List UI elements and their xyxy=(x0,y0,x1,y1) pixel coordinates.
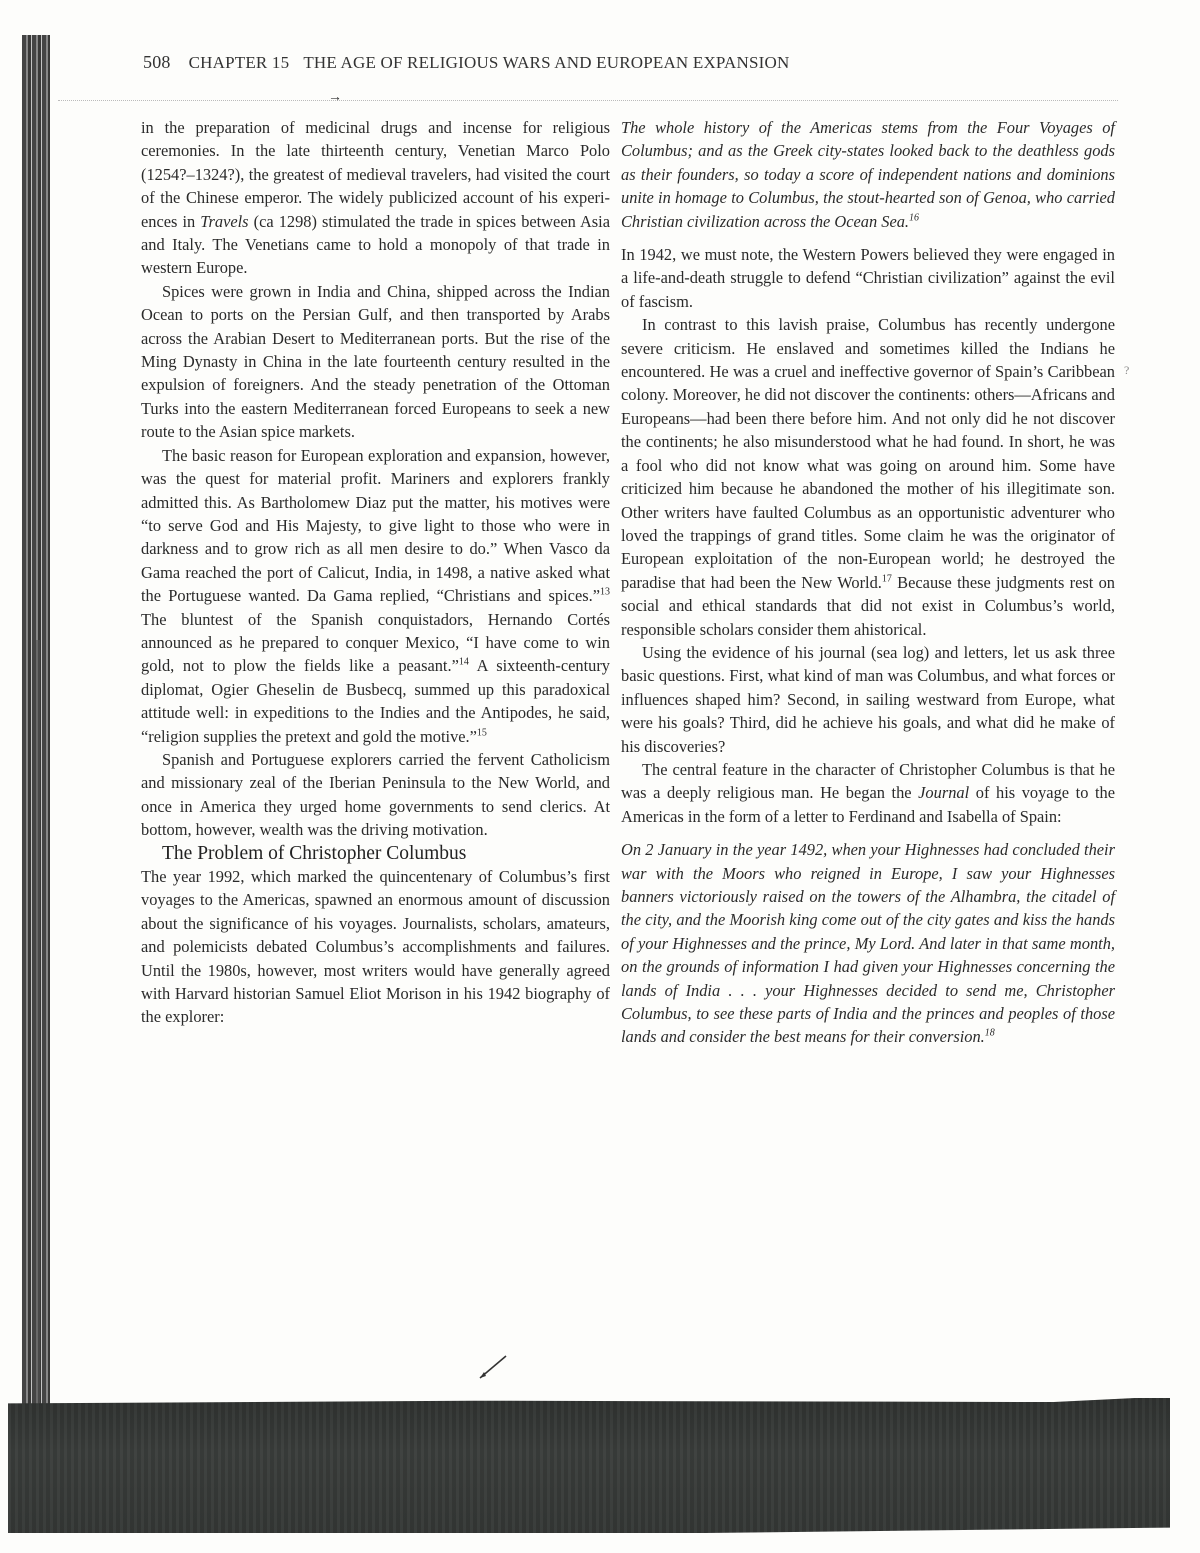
block-quote: The whole history of the Americas stems … xyxy=(621,116,1115,233)
footnote-ref: 13 xyxy=(600,587,610,598)
footnote-ref: 18 xyxy=(985,1028,995,1039)
paragraph: The central feature in the character of … xyxy=(621,758,1115,828)
section-heading: The Problem of Christopher Columbus xyxy=(141,842,610,865)
chapter-title: THE AGE OF RELIGIOUS WARS AND EUROPEAN E… xyxy=(303,53,789,72)
page-number: 508 xyxy=(143,52,171,72)
paragraph: The year 1992, which marked the quincent… xyxy=(141,865,610,1029)
scan-shadow-band xyxy=(8,1398,1170,1533)
header-rule xyxy=(58,100,1118,101)
chapter-label: CHAPTER 15 xyxy=(189,53,290,72)
margin-mark: ? xyxy=(1124,363,1129,378)
block-quote: On 2 January in the year 1492, when your… xyxy=(621,838,1115,1049)
paragraph: Using the evidence of his journal (sea l… xyxy=(621,641,1115,758)
paragraph: Spices were grown in India and China, sh… xyxy=(141,280,610,444)
footnote-ref: 14 xyxy=(459,657,469,668)
left-column: in the preparation of medicinal drugs an… xyxy=(141,116,610,1029)
footnote-ref: 17 xyxy=(882,573,892,584)
footnote-ref: 16 xyxy=(909,212,919,223)
paragraph: In contrast to this lavish praise, Colum… xyxy=(621,313,1115,641)
paragraph: Spanish and Portuguese explorers carried… xyxy=(141,748,610,842)
paragraph: in the preparation of medicinal drugs an… xyxy=(141,116,610,280)
footnote-ref: 15 xyxy=(477,727,487,738)
running-header: 508CHAPTER 15THE AGE OF RELIGIOUS WARS A… xyxy=(143,52,843,73)
paragraph: The basic reason for European exploratio… xyxy=(141,444,610,748)
arrow-mark-icon: → xyxy=(328,90,342,106)
pen-stroke-mark xyxy=(474,1352,514,1382)
paragraph: In 1942, we must note, the Western Power… xyxy=(621,243,1115,313)
right-column: The whole history of the Americas stems … xyxy=(621,116,1115,1059)
scan-binding-shadow xyxy=(36,640,40,1440)
